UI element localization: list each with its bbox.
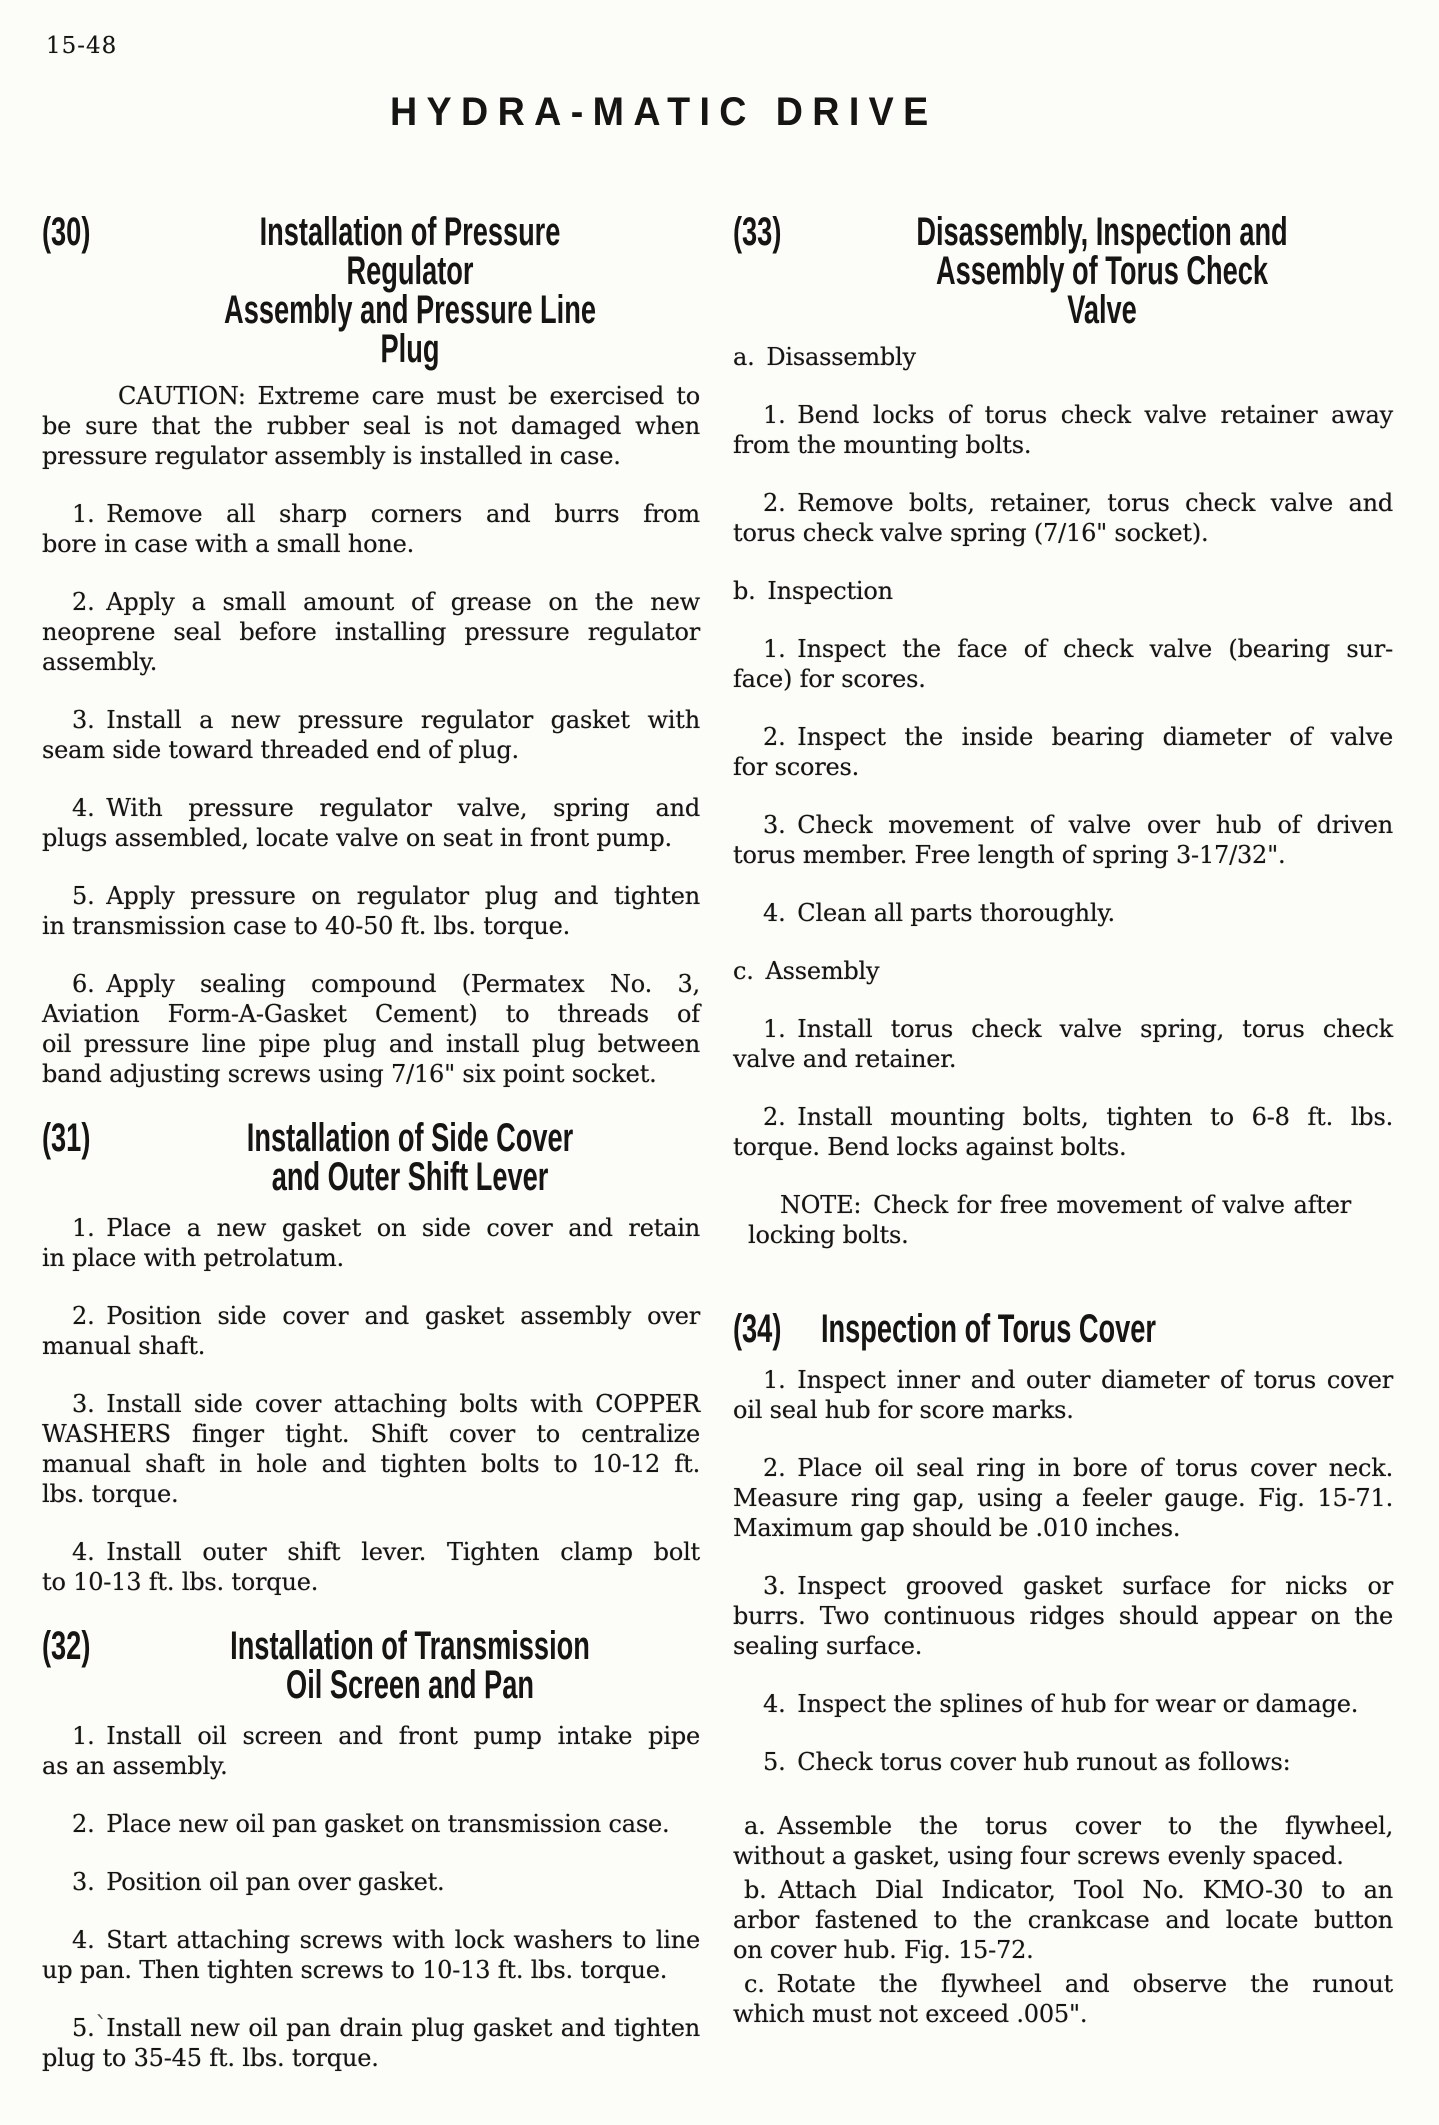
text-line: 1. Place a new gasket on side cover and … <box>42 1213 700 1243</box>
text-line: a. Disassembly <box>733 342 1393 372</box>
text-line: 3. Install a new pressure regulator gask… <box>42 705 700 735</box>
paragraph: 4. With pressure regulator valve, spring… <box>42 793 700 853</box>
text-line: 1. Inspect inner and outer diameter of t… <box>733 1365 1393 1395</box>
text-line: 5. Check torus cover hub runout as follo… <box>733 1747 1393 1777</box>
text-line: 2. Remove bolts, retainer, torus check v… <box>733 488 1393 518</box>
paragraph: 1. Place a new gasket on side cover and … <box>42 1213 700 1273</box>
text-line: in transmission case to 40-50 ft. lbs. t… <box>42 911 700 941</box>
text-line: 3. Check movement of valve over hub of d… <box>733 810 1393 840</box>
paragraph: 6. Apply sealing compound (Permatex No. … <box>42 969 700 1089</box>
text-line: 4. Inspect the splines of hub for wear o… <box>733 1689 1393 1719</box>
text-line: 2. Position side cover and gasket assemb… <box>42 1301 700 1331</box>
text-line: manual shaft. <box>42 1331 700 1361</box>
text-line: CAUTION: Extreme care must be exercised … <box>42 381 700 411</box>
left-column: (30)Installation of Pressure RegulatorAs… <box>42 213 700 2073</box>
section-title-line: Inspection of Torus Cover <box>821 1310 1210 1349</box>
paragraph: a. Assemble the torus cover to the flywh… <box>733 1811 1393 1871</box>
paragraph: 3. Check movement of valve over hub of d… <box>733 810 1393 870</box>
text-line: 5. Install new oil pan drain plug gasket… <box>42 2013 700 2043</box>
paragraph: 3. Install a new pressure regulator gask… <box>42 705 700 765</box>
text-line: torque. Bend locks against bolts. <box>733 1132 1393 1162</box>
section-title: Installation of TransmissionOil Screen a… <box>120 1627 700 1705</box>
text-line: 4. Start attaching screws with lock wash… <box>42 1925 700 1955</box>
paragraph: 2. Install mounting bolts, tighten to 6-… <box>733 1102 1393 1162</box>
paragraph: 2. Inspect the inside bearing diameter o… <box>733 722 1393 782</box>
section-number: (30) <box>42 213 95 252</box>
text-line: oil seal hub for score marks. <box>733 1395 1393 1425</box>
text-line: up pan. Then tighten screws to 10-13 ft.… <box>42 1955 700 1985</box>
paragraph: 4. Install outer shift lever. Tighten cl… <box>42 1537 700 1597</box>
paragraph: 2. Place oil seal ring in bore of torus … <box>733 1453 1393 1543</box>
scan-artifact-mark: · <box>1183 1752 1189 1773</box>
text-line: bore in case with a small hone. <box>42 529 700 559</box>
page-number: 15-48 <box>46 34 117 58</box>
section-title-line: Installation of Pressure Regulator <box>213 213 607 291</box>
right-column: (33)Disassembly, Inspection andAssembly … <box>733 213 1393 2029</box>
text-line: 3. Inspect grooved gasket surface for ni… <box>733 1571 1393 1601</box>
text-line: Maximum gap should be .010 inches. <box>733 1513 1393 1543</box>
paragraph: 1. Install oil screen and front pump int… <box>42 1721 700 1781</box>
section-title-line: Assembly and Pressure Line Plug <box>213 291 607 369</box>
text-line: for scores. <box>733 752 1393 782</box>
scan-artifact-mark: ` <box>95 2012 108 2042</box>
section-number: (34) <box>733 1310 786 1349</box>
text-line: assembly. <box>42 647 700 677</box>
text-line: torus member. Free length of spring 3-17… <box>733 840 1393 870</box>
text-line: oil pressure line pipe plug and install … <box>42 1029 700 1059</box>
text-line: from the mounting bolts. <box>733 430 1393 460</box>
text-line: 1. Remove all sharp corners and burrs fr… <box>42 499 700 529</box>
paragraph: 3. Position oil pan over gasket. <box>42 1867 700 1897</box>
text-line: b. Attach Dial Indicator, Tool No. KMO-3… <box>733 1875 1393 1905</box>
paragraph: 4. Inspect the splines of hub for wear o… <box>733 1689 1393 1719</box>
paragraph: 1. Remove all sharp corners and burrs fr… <box>42 499 700 559</box>
text-line: locking bolts. <box>748 1220 1351 1250</box>
text-line: in place with petrolatum. <box>42 1243 700 1273</box>
text-line: to 10-13 ft. lbs. torque. <box>42 1567 700 1597</box>
paragraph: 1. Inspect the face of check valve (bear… <box>733 634 1393 694</box>
paragraph: 2. Apply a small amount of grease on the… <box>42 587 700 677</box>
section-title: Inspection of Torus Cover <box>811 1310 1393 1349</box>
text-line: 4. With pressure regulator valve, spring… <box>42 793 700 823</box>
text-line: torus check valve spring (7/16" socket). <box>733 518 1393 548</box>
section-title-line: Assembly of Torus Check Valve <box>904 252 1300 330</box>
section-heading: (31)Installation of Side Coverand Outer … <box>42 1119 700 1197</box>
text-line: band adjusting screws using 7/16" six po… <box>42 1059 700 1089</box>
section-title: Disassembly, Inspection andAssembly of T… <box>811 213 1393 330</box>
section-title-line: Installation of Side Cover <box>213 1119 607 1158</box>
paragraph: 4. Clean all parts thoroughly. <box>733 898 1393 928</box>
paragraph: c. Rotate the flywheel and observe the r… <box>733 1969 1393 2029</box>
text-line: c. Rotate the flywheel and observe the r… <box>733 1969 1393 1999</box>
text-line: Aviation Form-A-Gasket Cement) to thread… <box>42 999 700 1029</box>
text-line: plugs assembled, locate valve on seat in… <box>42 823 700 853</box>
section-heading: (32)Installation of TransmissionOil Scre… <box>42 1627 700 1705</box>
section-heading: (34)Inspection of Torus Cover <box>733 1310 1393 1349</box>
text-line: 1. Install oil screen and front pump int… <box>42 1721 700 1751</box>
sub-heading: b. Inspection <box>733 576 1393 606</box>
section-number: (32) <box>42 1627 95 1666</box>
text-line: burrs. Two continuous ridges should appe… <box>733 1601 1393 1631</box>
paragraph: 2. Place new oil pan gasket on transmiss… <box>42 1809 700 1839</box>
text-line: plug to 35-45 ft. lbs. torque. <box>42 2043 700 2073</box>
text-line: lbs. torque. <box>42 1479 700 1509</box>
text-line: valve and retainer. <box>733 1044 1393 1074</box>
paragraph: 3. Install side cover attaching bolts wi… <box>42 1389 700 1509</box>
text-line: neoprene seal before installing pressure… <box>42 617 700 647</box>
text-line: 2. Apply a small amount of grease on the… <box>42 587 700 617</box>
text-line: 5. Apply pressure on regulator plug and … <box>42 881 700 911</box>
section-title: Installation of Pressure RegulatorAssemb… <box>120 213 700 369</box>
text-line: on cover hub. Fig. 15-72. <box>733 1935 1393 1965</box>
section-title-line: and Outer Shift Lever <box>213 1158 607 1197</box>
text-line: 2. Place new oil pan gasket on transmiss… <box>42 1809 700 1839</box>
paragraph: CAUTION: Extreme care must be exercised … <box>42 381 700 471</box>
sub-heading: c. Assembly <box>733 956 1393 986</box>
text-line: face) for scores. <box>733 664 1393 694</box>
text-line: without a gasket, using four screws even… <box>733 1841 1393 1871</box>
paragraph: NOTE: Check for free movement of valve a… <box>748 1190 1351 1250</box>
text-line: c. Assembly <box>733 956 1393 986</box>
text-line: a. Assemble the torus cover to the flywh… <box>733 1811 1393 1841</box>
text-line: 3. Install side cover attaching bolts wi… <box>42 1389 700 1419</box>
text-line: pressure regulator assembly is installed… <box>42 441 700 471</box>
text-line: 2. Install mounting bolts, tighten to 6-… <box>733 1102 1393 1132</box>
text-line: sealing surface. <box>733 1631 1393 1661</box>
text-line: be sure that the rubber seal is not dama… <box>42 411 700 441</box>
paragraph: 2. Position side cover and gasket assemb… <box>42 1301 700 1361</box>
text-line: 6. Apply sealing compound (Permatex No. … <box>42 969 700 999</box>
section-title-line: Installation of Transmission <box>213 1627 607 1666</box>
text-line: 1. Bend locks of torus check valve retai… <box>733 400 1393 430</box>
paragraph: 1. Inspect inner and outer diameter of t… <box>733 1365 1393 1425</box>
text-line: 2. Inspect the inside bearing diameter o… <box>733 722 1393 752</box>
text-line: which must not exceed .005". <box>733 1999 1393 2029</box>
text-line: 2. Place oil seal ring in bore of torus … <box>733 1453 1393 1483</box>
paragraph: 2. Remove bolts, retainer, torus check v… <box>733 488 1393 548</box>
text-line: 4. Install outer shift lever. Tighten cl… <box>42 1537 700 1567</box>
paragraph: 1. Install torus check valve spring, tor… <box>733 1014 1393 1074</box>
text-line: 1. Install torus check valve spring, tor… <box>733 1014 1393 1044</box>
paragraph: 4. Start attaching screws with lock wash… <box>42 1925 700 1985</box>
text-line: Measure ring gap, using a feeler gauge. … <box>733 1483 1393 1513</box>
paragraph: 5. Install new oil pan drain plug gasket… <box>42 2013 700 2073</box>
text-line: 3. Position oil pan over gasket. <box>42 1867 700 1897</box>
section-number: (33) <box>733 213 786 252</box>
text-line: manual shaft in hole and tighten bolts t… <box>42 1449 700 1479</box>
section-title-line: Disassembly, Inspection and <box>904 213 1300 252</box>
section-number: (31) <box>42 1119 95 1158</box>
text-line: 4. Clean all parts thoroughly. <box>733 898 1393 928</box>
paragraph: b. Attach Dial Indicator, Tool No. KMO-3… <box>733 1875 1393 1965</box>
paragraph: 5. Check torus cover hub runout as follo… <box>733 1747 1393 1777</box>
page-title: HYDRA-MATIC DRIVE <box>390 92 938 132</box>
section-title-line: Oil Screen and Pan <box>213 1666 607 1705</box>
text-line: as an assembly. <box>42 1751 700 1781</box>
text-line: arbor fastened to the crankcase and loca… <box>733 1905 1393 1935</box>
text-line: seam side toward threaded end of plug. <box>42 735 700 765</box>
text-line: NOTE: Check for free movement of valve a… <box>748 1190 1351 1220</box>
text-line: b. Inspection <box>733 576 1393 606</box>
paragraph: 5. Apply pressure on regulator plug and … <box>42 881 700 941</box>
text-line: WASHERS finger tight. Shift cover to cen… <box>42 1419 700 1449</box>
section-heading: (33)Disassembly, Inspection andAssembly … <box>733 213 1393 330</box>
text-line: 1. Inspect the face of check valve (bear… <box>733 634 1393 664</box>
section-title: Installation of Side Coverand Outer Shif… <box>120 1119 700 1197</box>
paragraph: 1. Bend locks of torus check valve retai… <box>733 400 1393 460</box>
section-heading: (30)Installation of Pressure RegulatorAs… <box>42 213 700 369</box>
sub-heading: a. Disassembly <box>733 342 1393 372</box>
paragraph: 3. Inspect grooved gasket surface for ni… <box>733 1571 1393 1661</box>
